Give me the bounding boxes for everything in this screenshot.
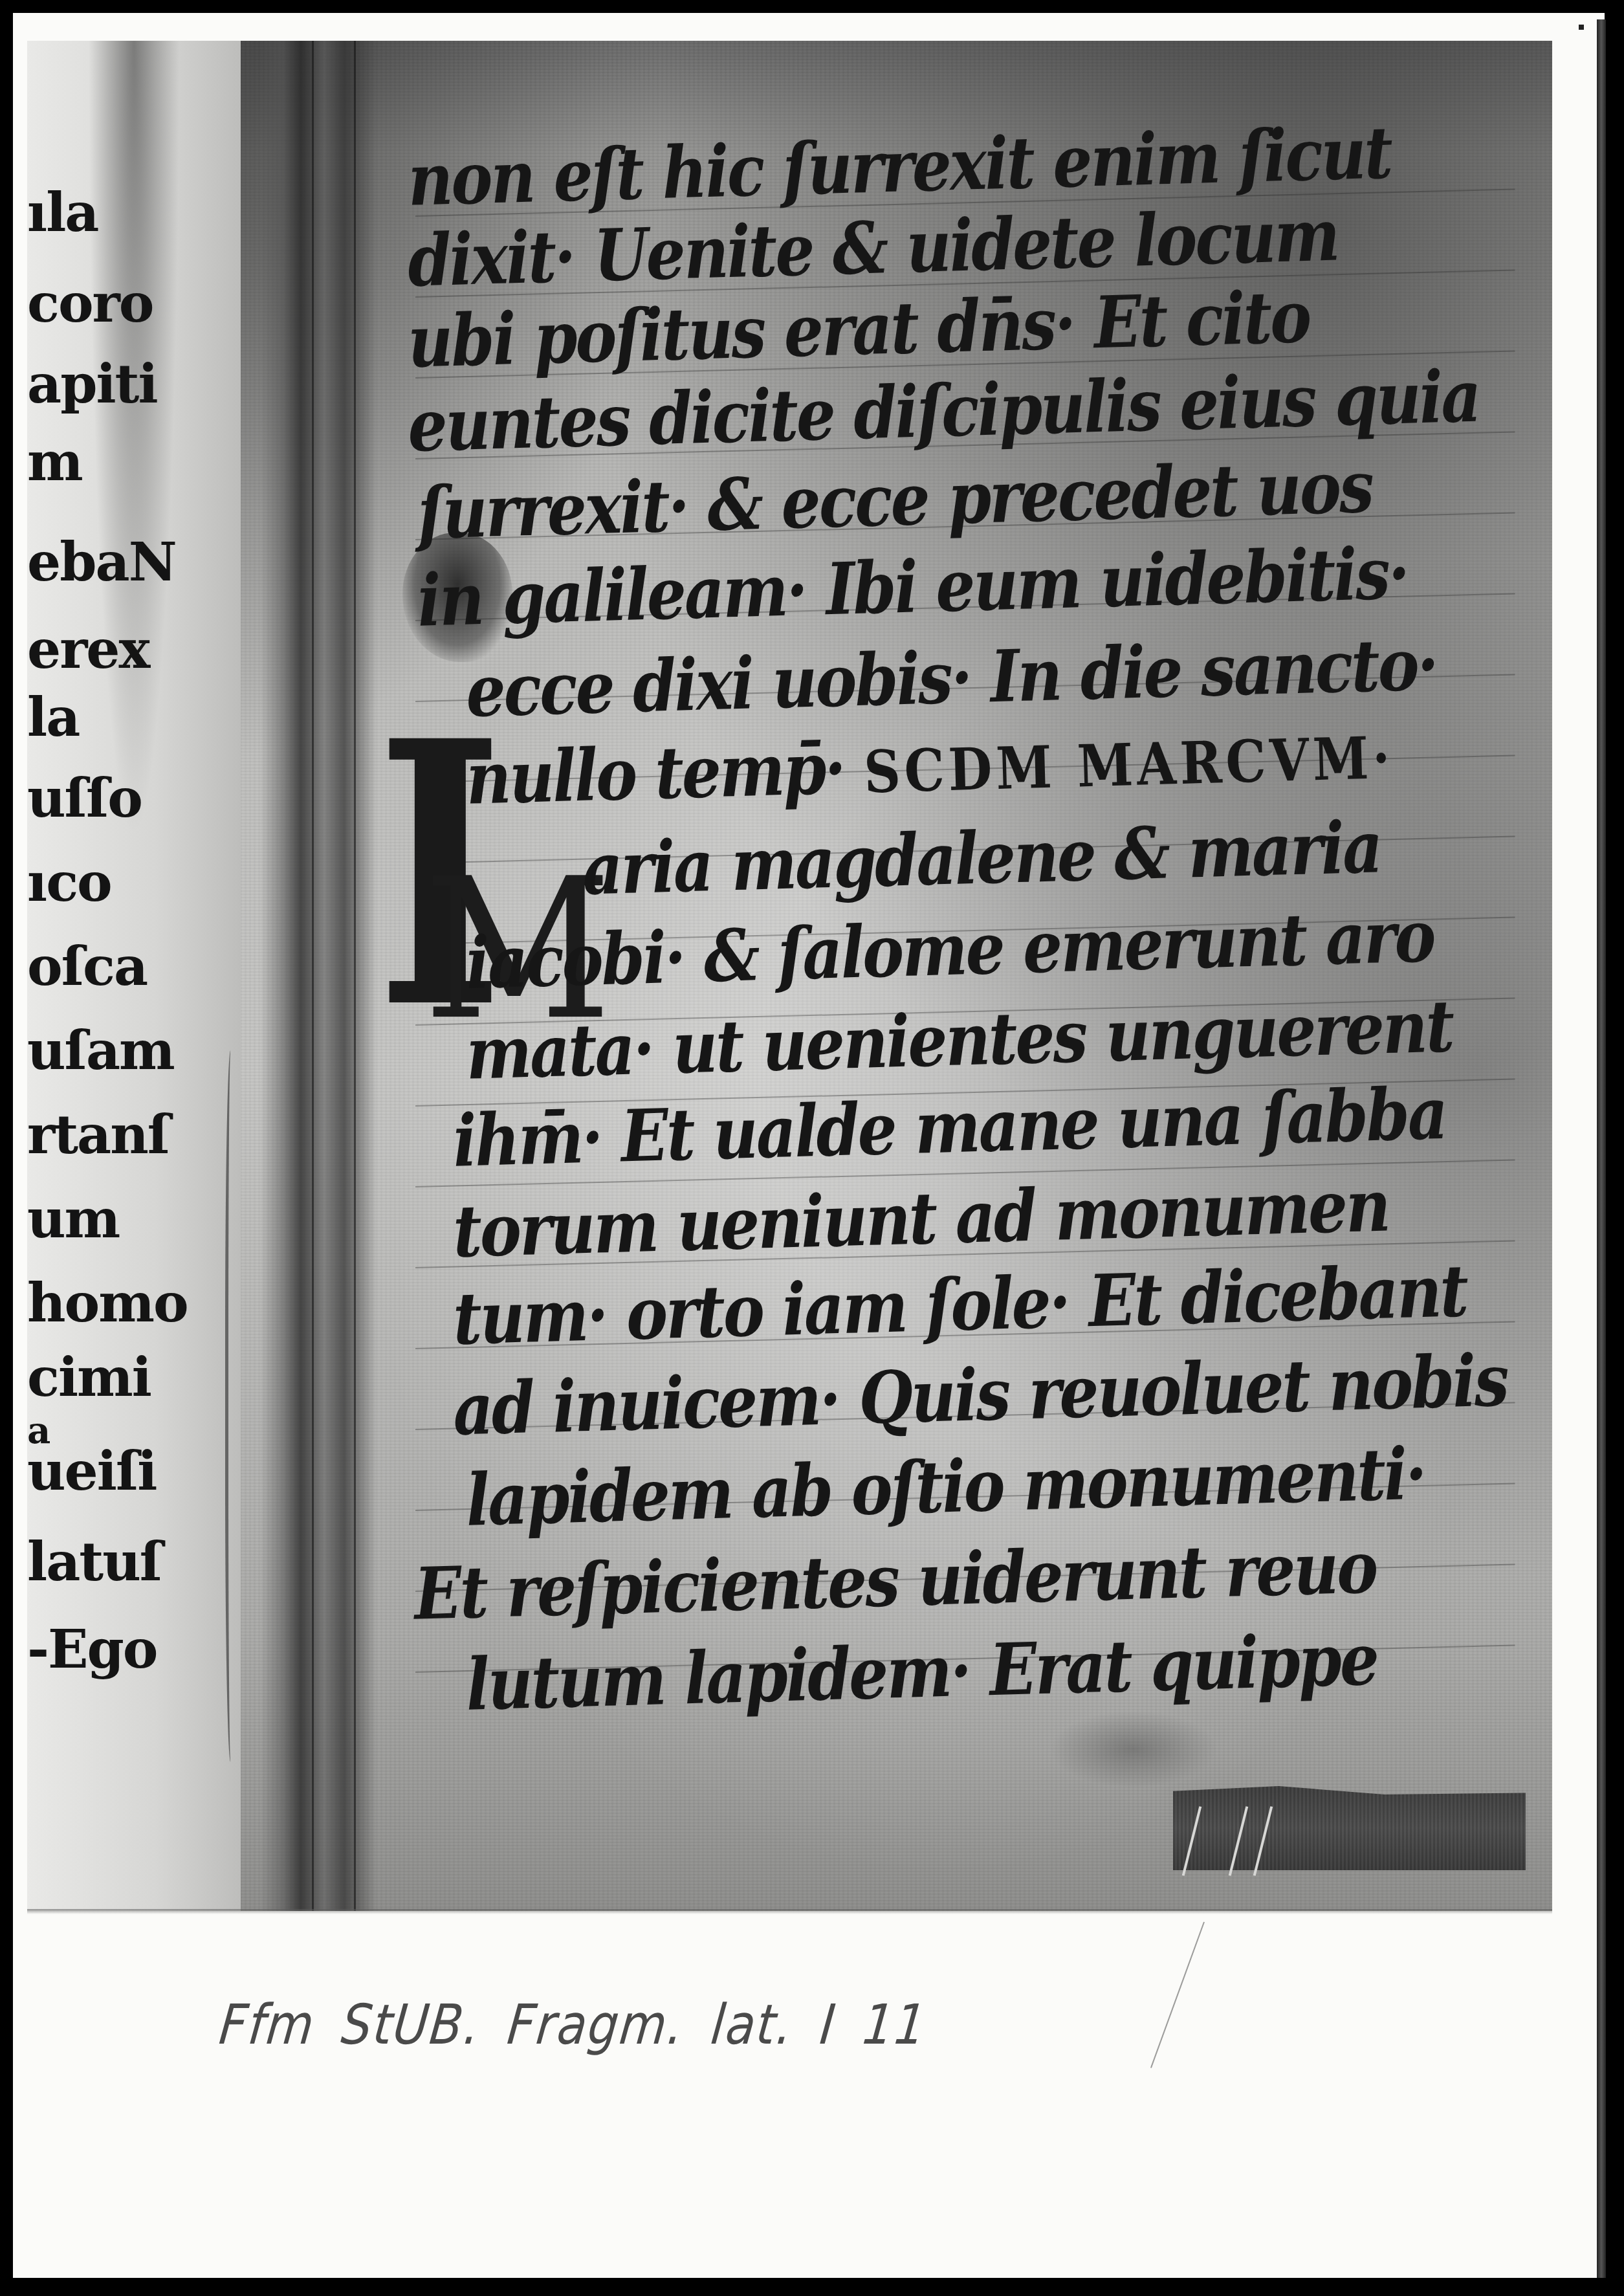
text-line-words: nullo temp̄· [465, 725, 865, 821]
text-line: aria magdalene & maria [582, 811, 1382, 905]
shelfmark-language: lat. [708, 1993, 797, 2057]
manuscript-leaf: ıla coro apiti m ebaN erex la uſſo ıco o… [27, 41, 1552, 1911]
shelfmark-city: Ffm [217, 1993, 318, 2057]
text-line: ihm̄· Et ualde mane una ſabba [452, 1078, 1447, 1177]
text-line: ad inuicem· Quis reuoluet nobis [452, 1345, 1508, 1446]
text-line: in galileam· Ibi eum uidebitis· [417, 538, 1409, 637]
text-line: lapidem ab oſtio monumenti· [465, 1438, 1426, 1536]
handwritten-shelfmark: FfmStUB.Fragm.lat.I11 [217, 1993, 958, 2057]
film-edge-bar [1597, 19, 1606, 2278]
corner-speck [1579, 25, 1584, 30]
leaf-bottom-edge [27, 1909, 1552, 1914]
text-line: ſurrexit· & ecce precedet uos [417, 451, 1373, 549]
shelfmark-number: 11 [860, 1993, 930, 2057]
shelfmark-library: StUB. [338, 1993, 484, 2057]
text-line: tum· orto iam ſole· Et dicebant [452, 1255, 1467, 1355]
text-line: nullo temp̄· SCDM MARCVM· [465, 718, 1395, 815]
text-line: Et reſpicientes uiderunt reuo [413, 1532, 1377, 1630]
gospel-rubric: SCDM MARCVM· [863, 724, 1395, 806]
shelfmark-series: I [817, 1993, 839, 2057]
shelfmark-collection: Fragm. [505, 1993, 688, 2057]
text-line: ecce dixi uobis· In die sancto· [465, 629, 1438, 727]
torn-tab-strip [1173, 1786, 1526, 1870]
text-line: torum ueniunt ad monumen [452, 1170, 1390, 1268]
main-text-column: non eſt hic ſurrexit enim ſicut dixit· U… [27, 41, 1552, 1911]
text-line: iacobi· & ſalome emerunt aro [465, 901, 1435, 999]
text-line: lutum lapidem· Erat quippe [465, 1624, 1378, 1721]
